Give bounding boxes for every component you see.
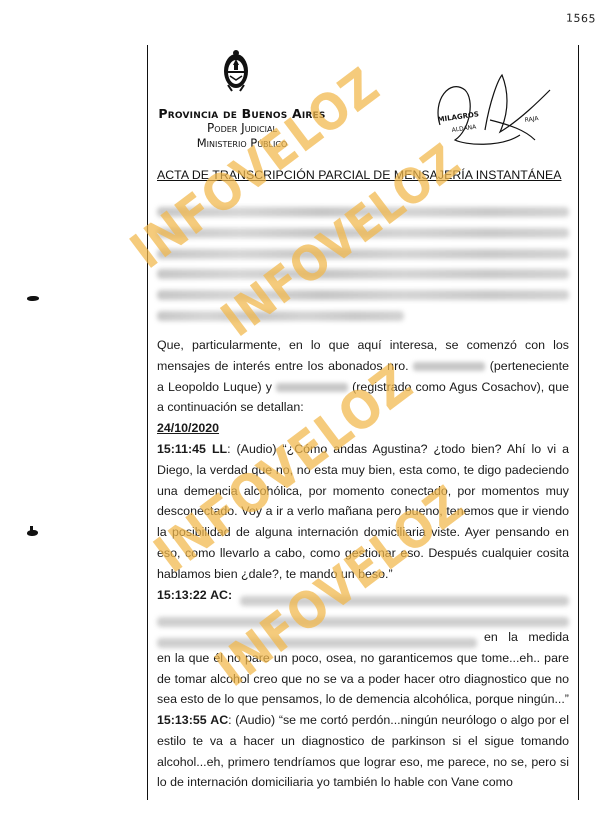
message-entry: 15:11:45 LL: (Audio) “¿Cómo andas Agusti… [157, 439, 569, 585]
institution-header: Provincia de Buenos Aires Poder Judicial… [157, 106, 327, 151]
message-timestamp: 15:13:55 [157, 713, 207, 727]
message-speaker: AC [210, 588, 228, 602]
date-heading: 24/10/2020 [157, 421, 219, 435]
redacted-text [157, 617, 569, 627]
svg-text:MILAGROS: MILAGROS [437, 110, 479, 124]
margin-mark [27, 530, 38, 536]
svg-text:ALDANA: ALDANA [451, 123, 477, 133]
redacted-paragraph [157, 207, 569, 332]
redacted-phone-number [413, 362, 485, 371]
document-title: ACTA DE TRANSCRIPCIÓN PARCIAL DE MENSAJE… [157, 168, 569, 182]
message-entry: 15:13:55 AC: (Audio) “se me cortó perdón… [157, 710, 569, 793]
message-speaker: LL [212, 442, 227, 456]
message-timestamp: 15:13:22 [157, 588, 207, 602]
redacted-text [240, 596, 569, 606]
coat-of-arms-icon [222, 45, 250, 93]
page-border-right [578, 45, 579, 800]
date-heading-block: 24/10/2020 [157, 418, 569, 439]
message-speaker: AC [210, 713, 228, 727]
page-border-left [147, 45, 148, 800]
svg-text:RAJA: RAJA [524, 115, 540, 124]
signature-stamp: MILAGROS ALDANA RAJA [430, 70, 570, 150]
header-judicial: Poder Judicial [157, 121, 327, 136]
redacted-phone-number [276, 383, 348, 392]
margin-mark [27, 296, 39, 301]
intro-paragraph: Que, particularmente, en lo que aquí int… [157, 335, 569, 418]
message-text: en la medida en la que él no pare un poc… [157, 627, 569, 710]
message-timestamp: 15:11:45 [157, 442, 206, 456]
page-number: 1565 [566, 11, 596, 25]
header-province: Provincia de Buenos Aires [157, 106, 327, 121]
message-text: : (Audio) “¿Cómo andas Agustina? ¿todo b… [157, 442, 569, 581]
header-ministry: Ministerio Público [157, 136, 327, 151]
